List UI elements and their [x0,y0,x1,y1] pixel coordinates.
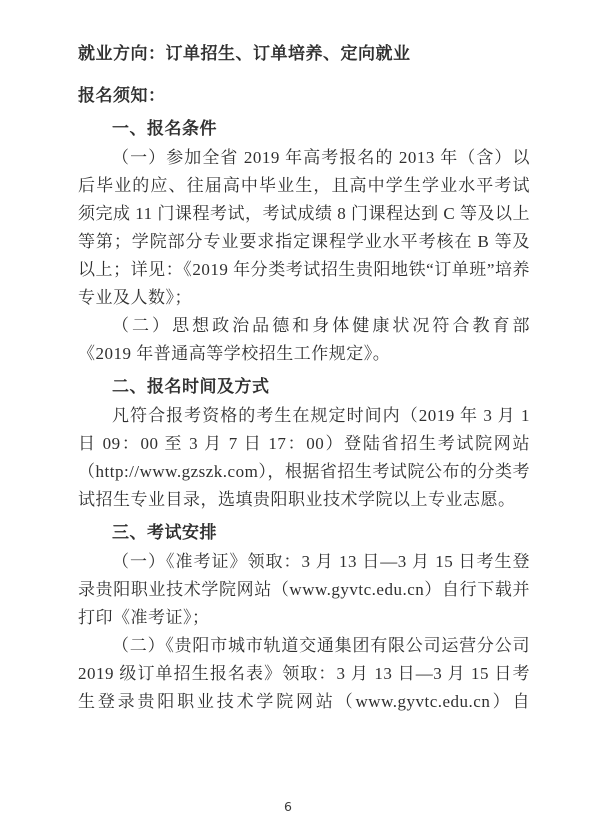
section-1-paragraph-1: （一）参加全省 2019 年高考报名的 2013 年（含）以后毕业的应、往届高中… [78,144,530,312]
section-heading-1: 一、报名条件 [78,115,530,143]
page-number: 6 [0,799,576,814]
section-1-paragraph-2: （二）思想政治品德和身体健康状况符合教育部《2019 年普通高等学校招生工作规定… [78,312,530,368]
document-page: 就业方向：订单招生、订单培养、定向就业 报名须知： 一、报名条件 （一）参加全省… [0,0,600,840]
employment-direction-line: 就业方向：订单招生、订单培养、定向就业 [78,40,530,68]
registration-notice-heading: 报名须知： [78,82,530,110]
section-heading-3: 三、考试安排 [78,519,530,547]
section-3-paragraph-1: （一）《准考证》领取：3 月 13 日—3 月 15 日考生登录贵阳职业技术学院… [78,548,530,632]
section-heading-2: 二、报名时间及方式 [78,373,530,401]
section-2-paragraph-1: 凡符合报考资格的考生在规定时间内（2019 年 3 月 1 日 09：00 至 … [78,402,530,514]
section-3-paragraph-2: （二）《贵阳市城市轨道交通集团有限公司运营分公司 2019 级订单招生报名表》领… [78,632,530,716]
